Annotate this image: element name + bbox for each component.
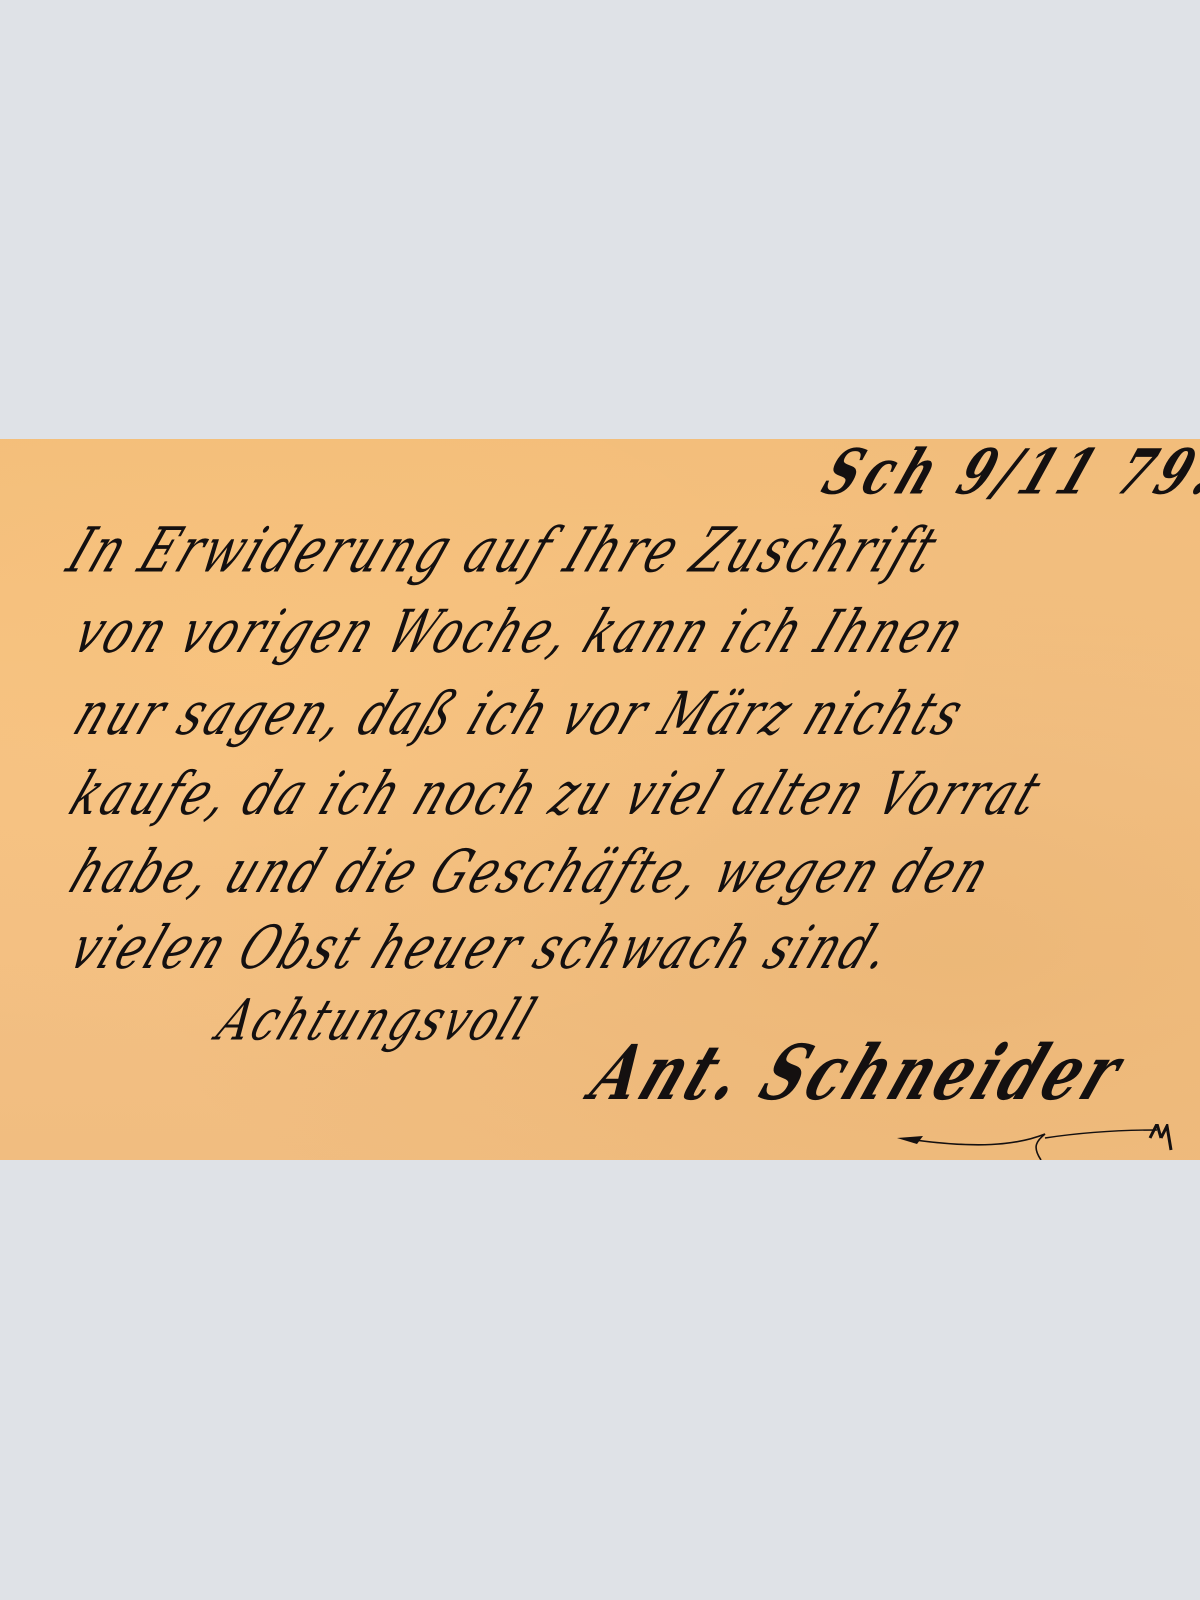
body-line-3: nur sagen, daß ich vor März nichts — [66, 686, 973, 745]
body-line-1: In Erwiderung auf Ihre Zuschrift — [60, 519, 948, 581]
postcard: Sch 9/11 79. In Erwiderung auf Ihre Zusc… — [0, 439, 1200, 1160]
closing-line: Achtungsvoll — [210, 992, 545, 1049]
body-line-5: habe, und die Geschäfte, wegen den — [62, 844, 1000, 903]
signature: Ant. Schneider — [582, 1035, 1135, 1111]
body-line-6: vielen Obst heuer schwach sind. — [62, 920, 902, 979]
date-line: Sch 9/11 79. — [815, 441, 1200, 503]
body-line-4: kaufe, da ich noch zu viel alten Vorrat — [62, 766, 1051, 825]
body-line-2: von vorigen Woche, kann ich Ihnen — [66, 604, 974, 663]
signature-flourish — [895, 1124, 1180, 1160]
